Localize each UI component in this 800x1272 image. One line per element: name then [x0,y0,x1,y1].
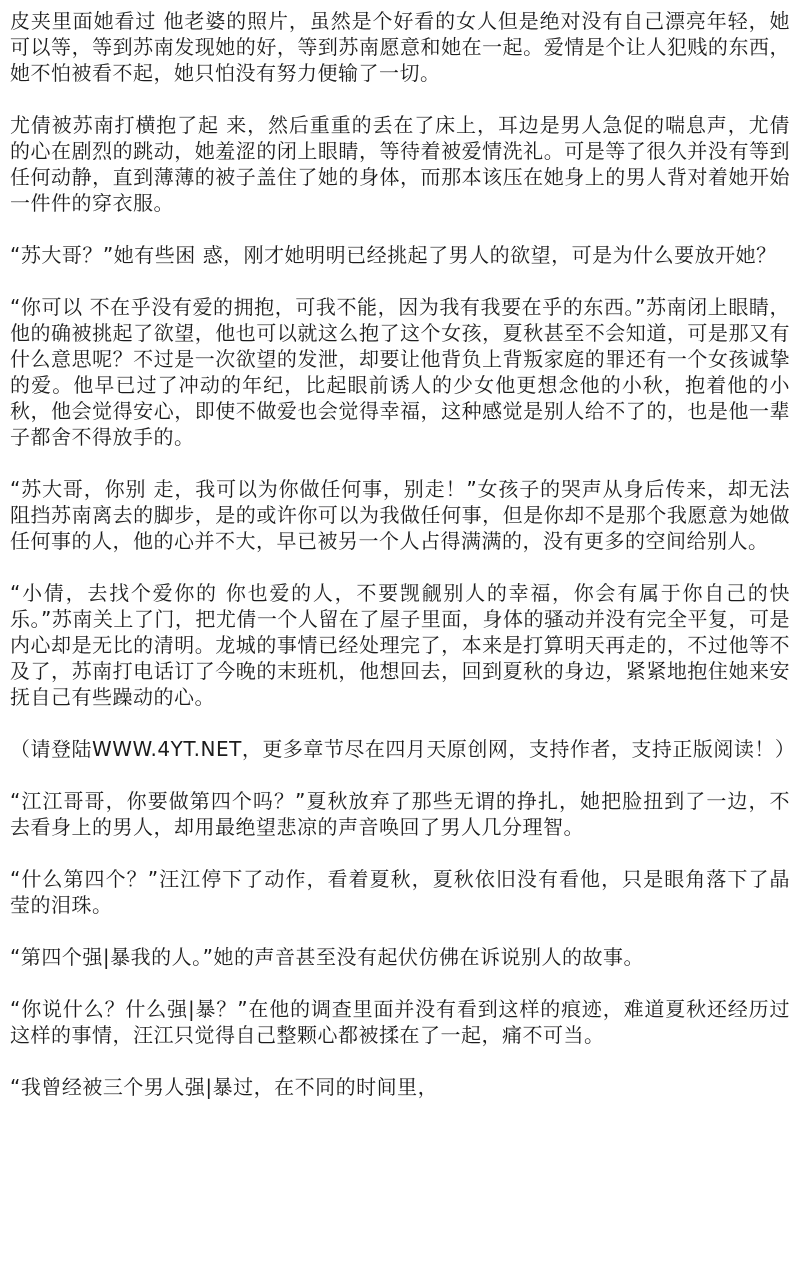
paragraph: 皮夹里面她看过 他老婆的照片，虽然是个好看的女人但是绝对没有自己漂亮年轻，她可以… [10,8,790,86]
novel-text: 皮夹里面她看过 他老婆的照片，虽然是个好看的女人但是绝对没有自己漂亮年轻，她可以… [10,8,790,1100]
novel-page: 皮夹里面她看过 他老婆的照片，虽然是个好看的女人但是绝对没有自己漂亮年轻，她可以… [0,0,800,1272]
paragraph: “第四个强|暴我的人。”她的声音甚至没有起伏仿佛在诉说别人的故事。 [10,944,790,970]
paragraph: “你可以 不在乎没有爱的拥抱，可我不能，因为我有我要在乎的东西。”苏南闭上眼睛，… [10,294,790,450]
paragraph: “小倩，去找个爱你的 你也爱的人，不要觊觎别人的幸福，你会有属于你自己的快乐。”… [10,580,790,710]
paragraph: “我曾经被三个男人强|暴过，在不同的时间里， [10,1074,790,1100]
paragraph: “你说什么？什么强|暴？”在他的调查里面并没有看到这样的痕迹，难道夏秋还经历过这… [10,996,790,1048]
paragraph: （请登陆WWW.4YT.NET，更多章节尽在四月天原创网，支持作者，支持正版阅读… [10,736,790,762]
paragraph: “苏大哥？”她有些困 惑，刚才她明明已经挑起了男人的欲望，可是为什么要放开她？ [10,242,790,268]
paragraph: 尤倩被苏南打横抱了起 来，然后重重的丢在了床上，耳边是男人急促的喘息声，尤倩的心… [10,112,790,216]
paragraph: “江江哥哥，你要做第四个吗？”夏秋放弃了那些无谓的挣扎，她把脸扭到了一边，不去看… [10,788,790,840]
paragraph: “苏大哥，你别 走，我可以为你做任何事，别走！”女孩子的哭声从身后传来，却无法阻… [10,476,790,554]
paragraph: “什么第四个？”汪江停下了动作，看着夏秋，夏秋依旧没有看他，只是眼角落下了晶莹的… [10,866,790,918]
